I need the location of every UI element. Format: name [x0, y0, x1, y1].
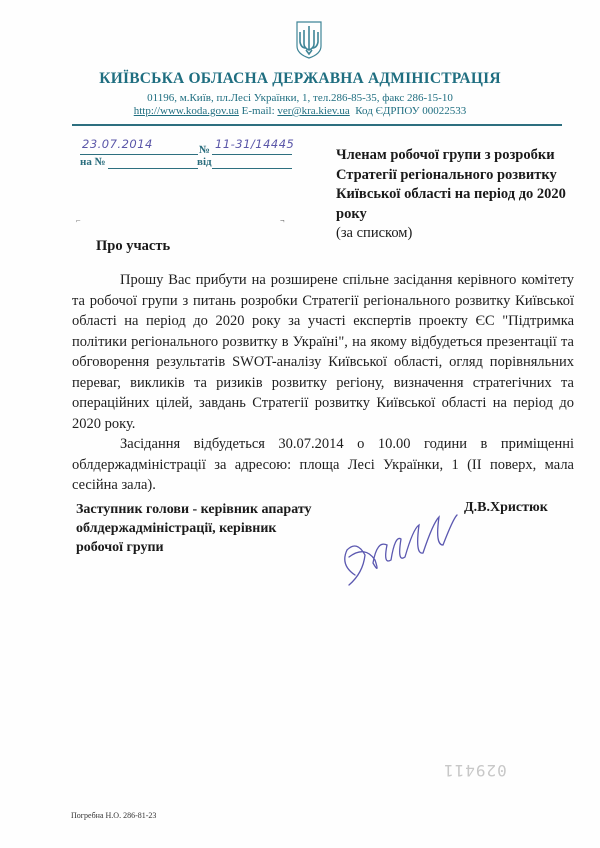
- signatory-role-line-2: облдержадміністрації, керівник: [76, 519, 336, 538]
- letter-subject: Про участь: [96, 238, 170, 255]
- email-link[interactable]: ver@kra.kiev.ua: [277, 105, 349, 117]
- signatory-name: Д.В.Христюк: [464, 500, 548, 516]
- executor-note: Погребна Н.О. 286-81-23: [71, 811, 156, 820]
- corner-mark-right: ¬: [280, 216, 285, 225]
- outgoing-date: 23.07.2014: [82, 137, 153, 151]
- handwritten-signature-icon: [335, 505, 465, 590]
- number-underline: [212, 154, 292, 155]
- registration-stamp-number: 029411: [443, 761, 507, 780]
- addressee-line-2: Стратегії регіонального розвитку: [336, 166, 586, 186]
- number-label: №: [199, 144, 210, 156]
- date-underline: [80, 154, 198, 155]
- from-underline: [212, 168, 292, 169]
- addressee-note: (за списком): [336, 224, 586, 244]
- signatory-role-line-1: Заступник голови - керівник апарату: [76, 500, 336, 519]
- reply-to-label: на №: [80, 156, 106, 168]
- addressee-line-1: Членам робочої групи з розробки: [336, 146, 586, 166]
- from-label: від: [197, 156, 212, 168]
- header-divider: [72, 124, 562, 126]
- addressee-line-4: року: [336, 205, 586, 225]
- email-label: E-mail:: [242, 105, 275, 117]
- organization-title: КИЇВСЬКА ОБЛАСНА ДЕРЖАВНА АДМІНІСТРАЦІЯ: [0, 70, 600, 88]
- contact-line: http://www.koda.gov.ua E-mail: ver@kra.k…: [0, 105, 600, 118]
- corner-mark-left: ⌐: [76, 216, 81, 225]
- outgoing-number: 11-31/14445: [215, 137, 294, 151]
- body-paragraph-1: Прошу Вас прибути на розширене спільне з…: [72, 270, 574, 434]
- signatory-role: Заступник голови - керівник апарату облд…: [76, 500, 336, 557]
- website-link[interactable]: http://www.koda.gov.ua: [134, 105, 239, 117]
- letter-body: Прошу Вас прибути на розширене спільне з…: [72, 270, 574, 496]
- body-paragraph-2: Засідання відбудеться 30.07.2014 о 10.00…: [72, 434, 574, 496]
- edrpou-code: Код ЄДРПОУ 00022533: [355, 105, 466, 117]
- organization-address: 01196, м.Київ, пл.Лесі Українки, 1, тел.…: [0, 92, 600, 118]
- letter-page: КИЇВСЬКА ОБЛАСНА ДЕРЖАВНА АДМІНІСТРАЦІЯ …: [0, 0, 600, 848]
- addressee-block: Членам робочої групи з розробки Стратегі…: [336, 146, 586, 244]
- reply-to-underline: [108, 168, 198, 169]
- signatory-role-line-3: робочої групи: [76, 538, 336, 557]
- addressee-line-3: Київської області на період до 2020: [336, 185, 586, 205]
- trident-coat-of-arms-icon: [295, 20, 323, 60]
- address-line: 01196, м.Київ, пл.Лесі Українки, 1, тел.…: [0, 92, 600, 105]
